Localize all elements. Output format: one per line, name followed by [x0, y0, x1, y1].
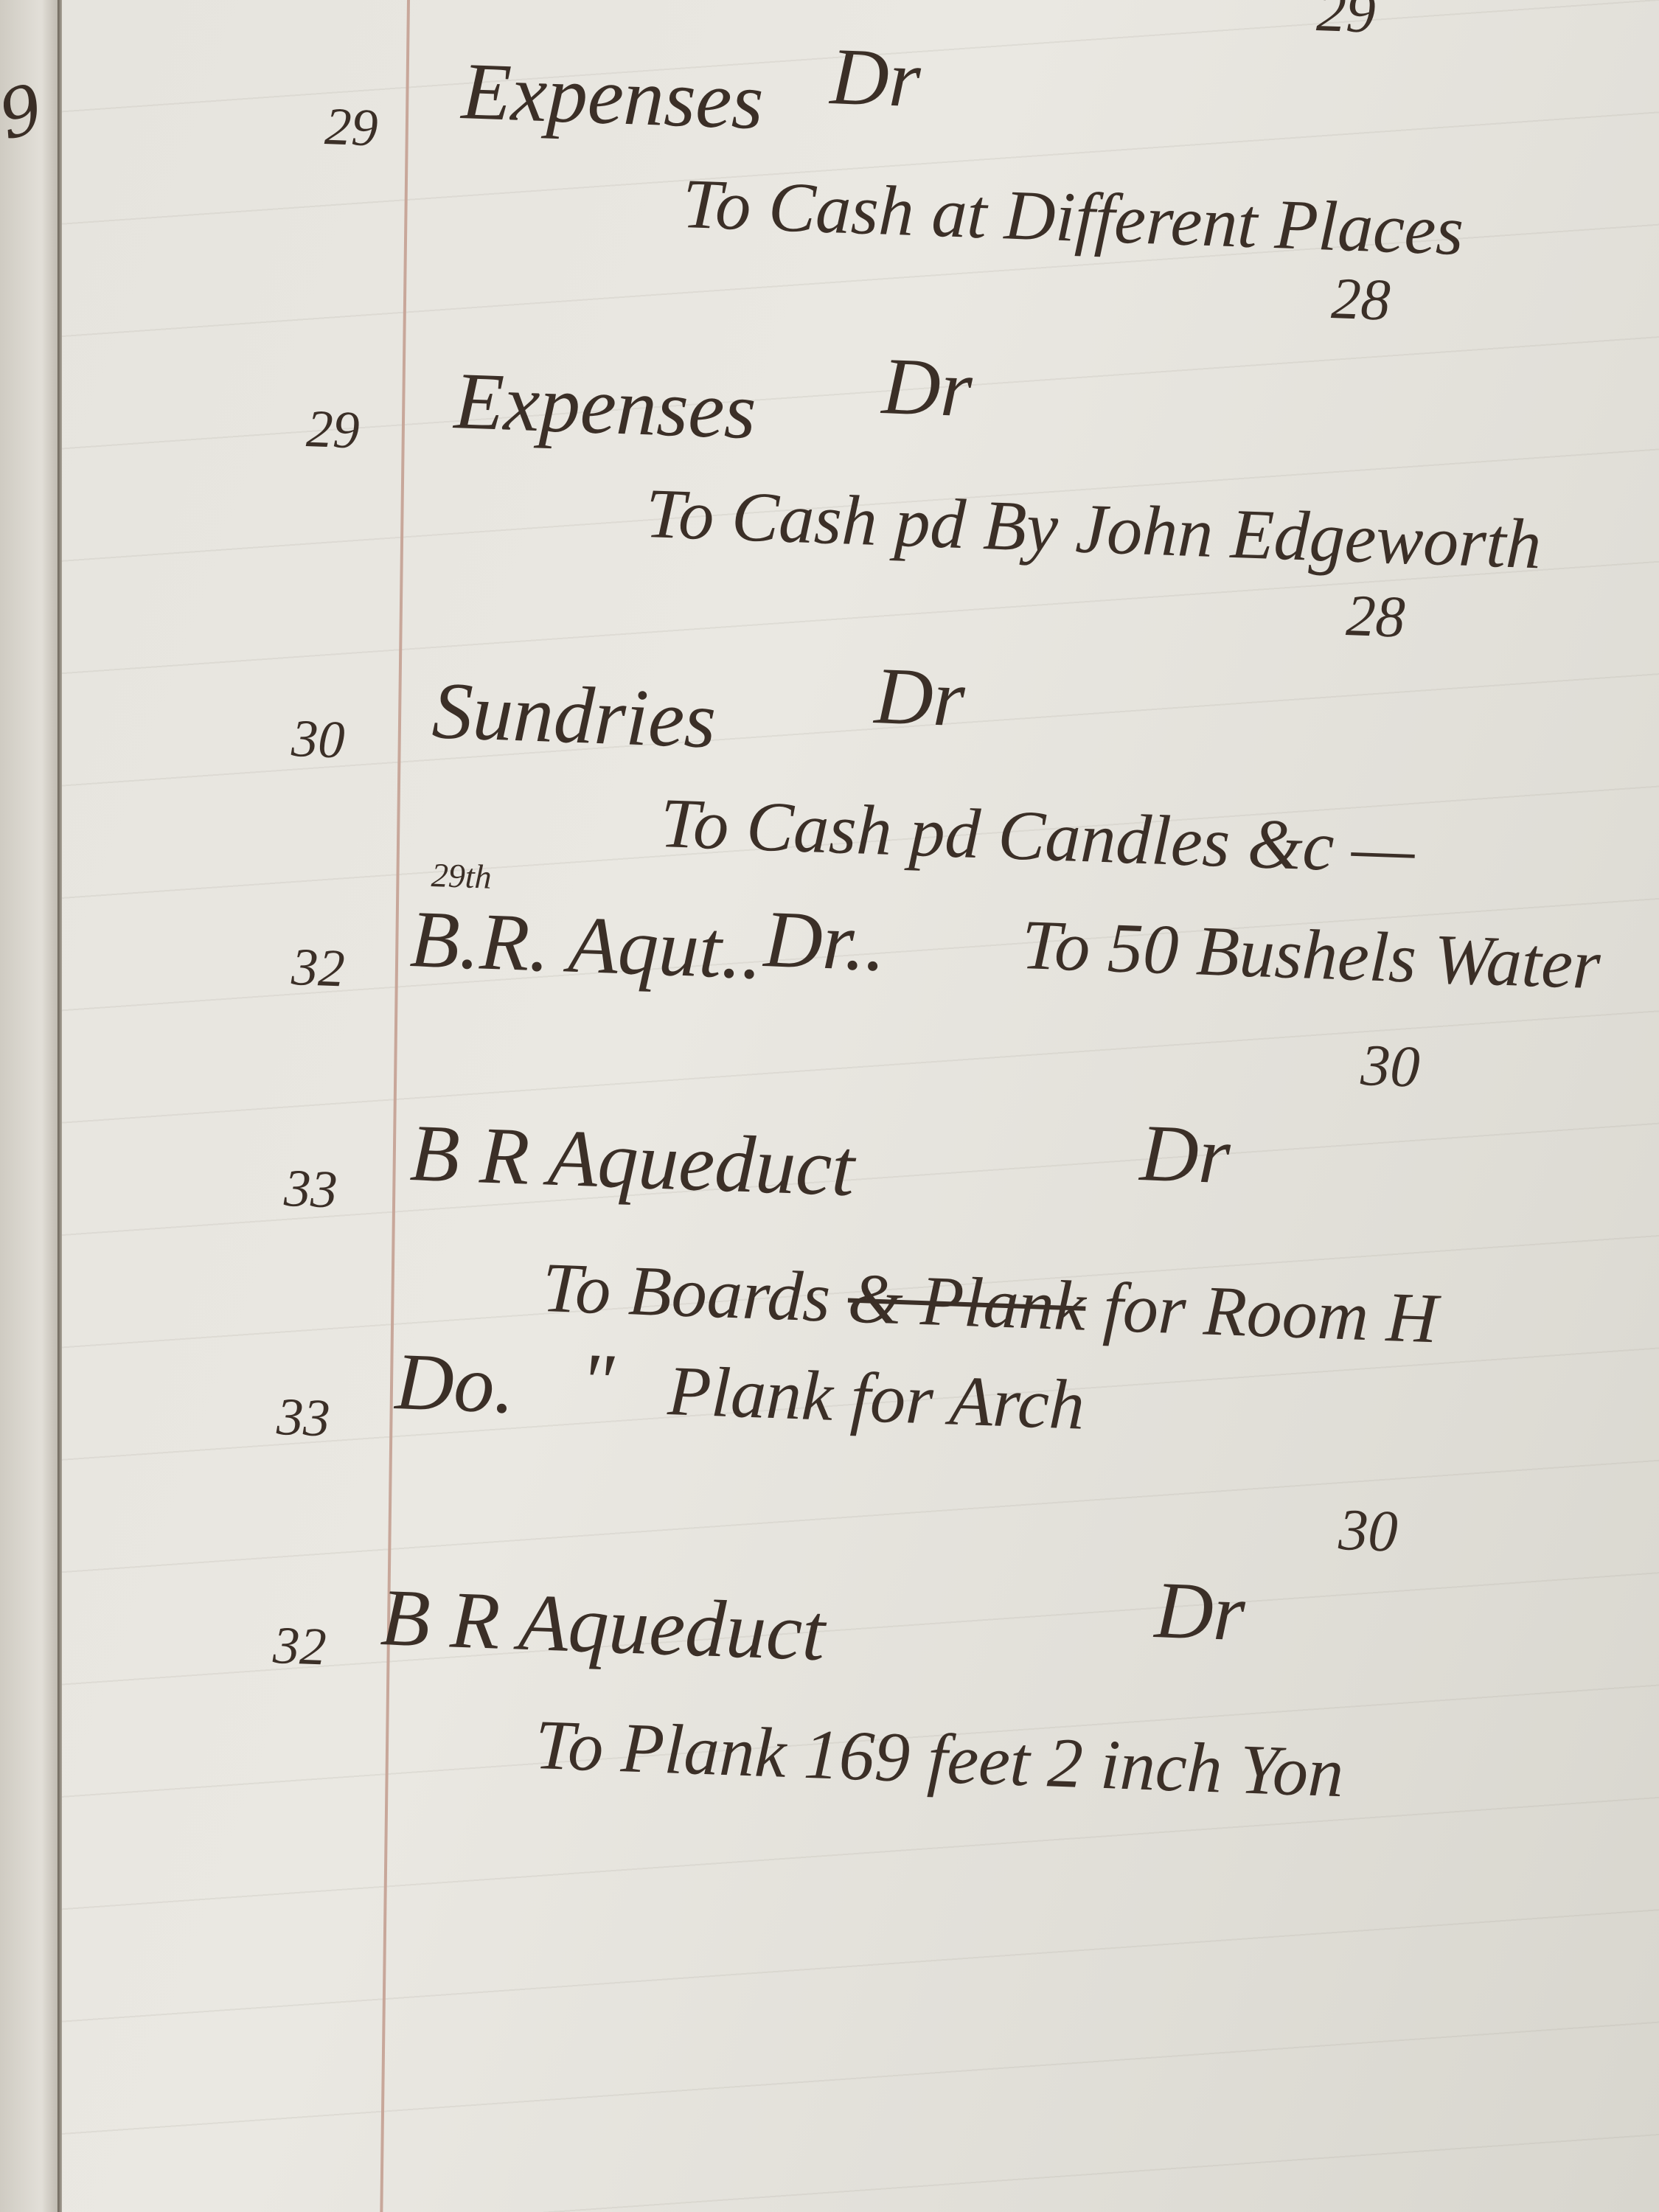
entry-detail: Plank for Arch: [667, 1349, 1086, 1446]
entry-folio: 28: [1330, 265, 1391, 335]
entry-account: Do.: [394, 1335, 516, 1433]
entry-day: 33: [276, 1386, 331, 1449]
entry-day: 33: [283, 1158, 338, 1220]
entry-detail: To Boards & Plank for Room H: [541, 1246, 1439, 1359]
entry-folio: 30: [1360, 1032, 1421, 1102]
ditto-mark: ": [578, 1335, 616, 1430]
entry-dr-marker: Dr: [880, 339, 974, 436]
detail-text: for Room H: [1102, 1267, 1439, 1358]
entry-account: Expenses: [460, 44, 765, 148]
previous-page-fragment: 9: [0, 69, 52, 155]
entry-detail: To Cash at Different Places: [681, 162, 1465, 271]
entry-account: Sundries: [431, 664, 717, 767]
entry-account: B.R. Aqut..: [408, 892, 764, 998]
entry-day: 32: [291, 936, 346, 999]
entry-account: B R Aqueduct: [379, 1571, 827, 1680]
struck-through-text: & Plank: [846, 1259, 1087, 1346]
entry-day: 30: [291, 708, 346, 771]
entry-date-note: 29th: [431, 855, 493, 897]
entry-dr-marker: Dr: [829, 29, 922, 126]
entry-detail: To 50 Bushels Water: [1020, 903, 1601, 1005]
entry-account: Expenses: [453, 354, 757, 458]
entry-day: 32: [272, 1615, 327, 1677]
entry-dr-marker: Dr: [1153, 1563, 1247, 1660]
entry-day: 29: [324, 96, 379, 159]
ledger-page: 29 29 Expenses Dr To Cash at Different P…: [62, 0, 1659, 2212]
entry-detail: To Cash pd Candles &c —: [659, 782, 1416, 890]
entry-dr-marker: Dr: [1138, 1106, 1232, 1203]
entry-detail: To Cash pd By John Edgeworth: [644, 472, 1543, 585]
entry-folio: 28: [1345, 582, 1406, 652]
entry-day: 29: [305, 398, 361, 461]
entry-account: B R Aqueduct: [408, 1106, 856, 1215]
previous-page-edge: 9: [0, 0, 59, 2212]
entry-dr-marker: Dr..: [762, 892, 887, 990]
entry-dr-marker: Dr: [873, 649, 967, 745]
entry-detail: To Plank 169 feet 2 inch Yon: [534, 1703, 1345, 1813]
entry-folio: 30: [1338, 1497, 1399, 1566]
detail-text: To Boards: [541, 1248, 832, 1337]
date-margin-rule: [380, 0, 410, 2212]
top-folio-number: 29: [1315, 0, 1377, 47]
